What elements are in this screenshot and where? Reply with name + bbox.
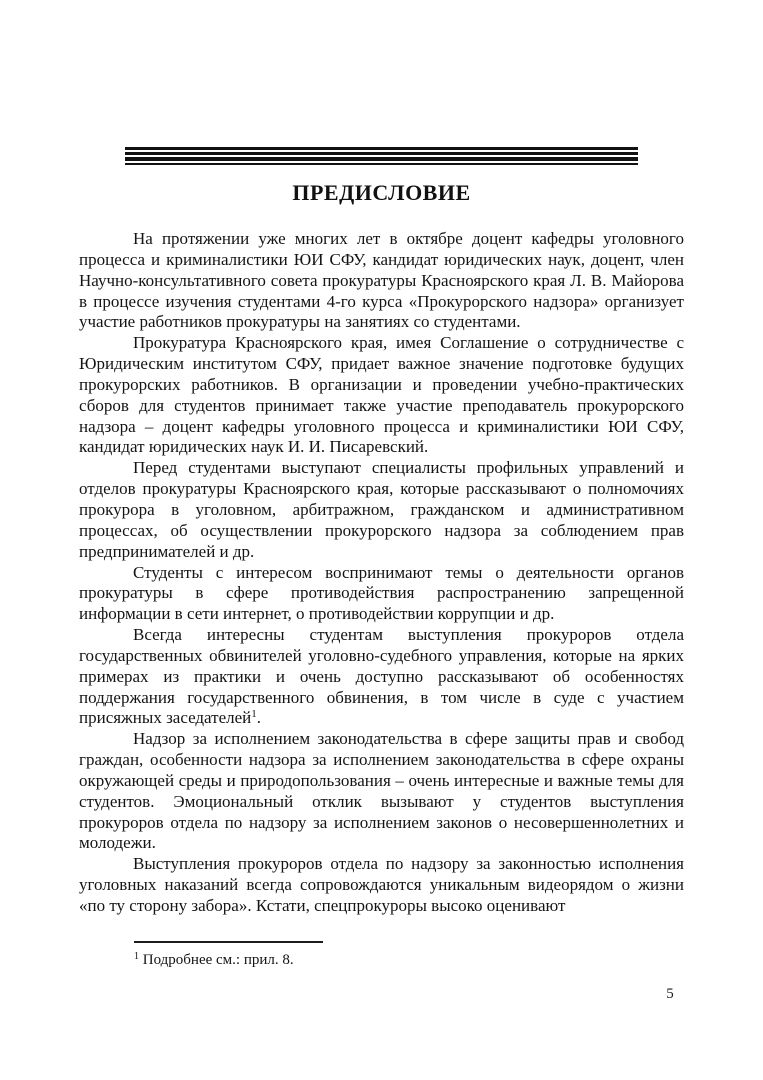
paragraph-text: Всегда интересны студентам выступления п…	[79, 625, 684, 727]
rule-line	[125, 163, 638, 166]
paragraph: Перед студентами выступают специалисты п…	[79, 458, 684, 562]
footnote: 1 Подробнее см.: прил. 8.	[79, 951, 684, 970]
paragraph: Надзор за исполнением законодательства в…	[79, 729, 684, 854]
paragraph-text: .	[257, 708, 261, 727]
page-title: ПРЕДИСЛОВИЕ	[0, 180, 763, 206]
footnote-separator-rule	[134, 941, 323, 943]
decorative-rule	[125, 147, 638, 165]
footnote-text: Подробнее см.: прил. 8.	[143, 952, 294, 968]
rule-line	[125, 157, 638, 161]
paragraph: На протяжении уже многих лет в октябре д…	[79, 229, 684, 333]
body-text: На протяжении уже многих лет в октябре д…	[79, 229, 684, 917]
paragraph: Прокуратура Красноярского края, имея Сог…	[79, 333, 684, 458]
page-number: 5	[660, 986, 680, 1003]
paragraph: Выступления прокуроров отдела по надзору…	[79, 854, 684, 917]
footnote-marker: 1	[134, 951, 139, 962]
rule-line	[125, 152, 638, 156]
paragraph: Студенты с интересом воспринимают темы о…	[79, 563, 684, 626]
rule-line	[125, 147, 638, 150]
book-page: ПРЕДИСЛОВИЕ На протяжении уже многих лет…	[0, 0, 763, 1080]
paragraph: Всегда интересны студентам выступления п…	[79, 625, 684, 729]
